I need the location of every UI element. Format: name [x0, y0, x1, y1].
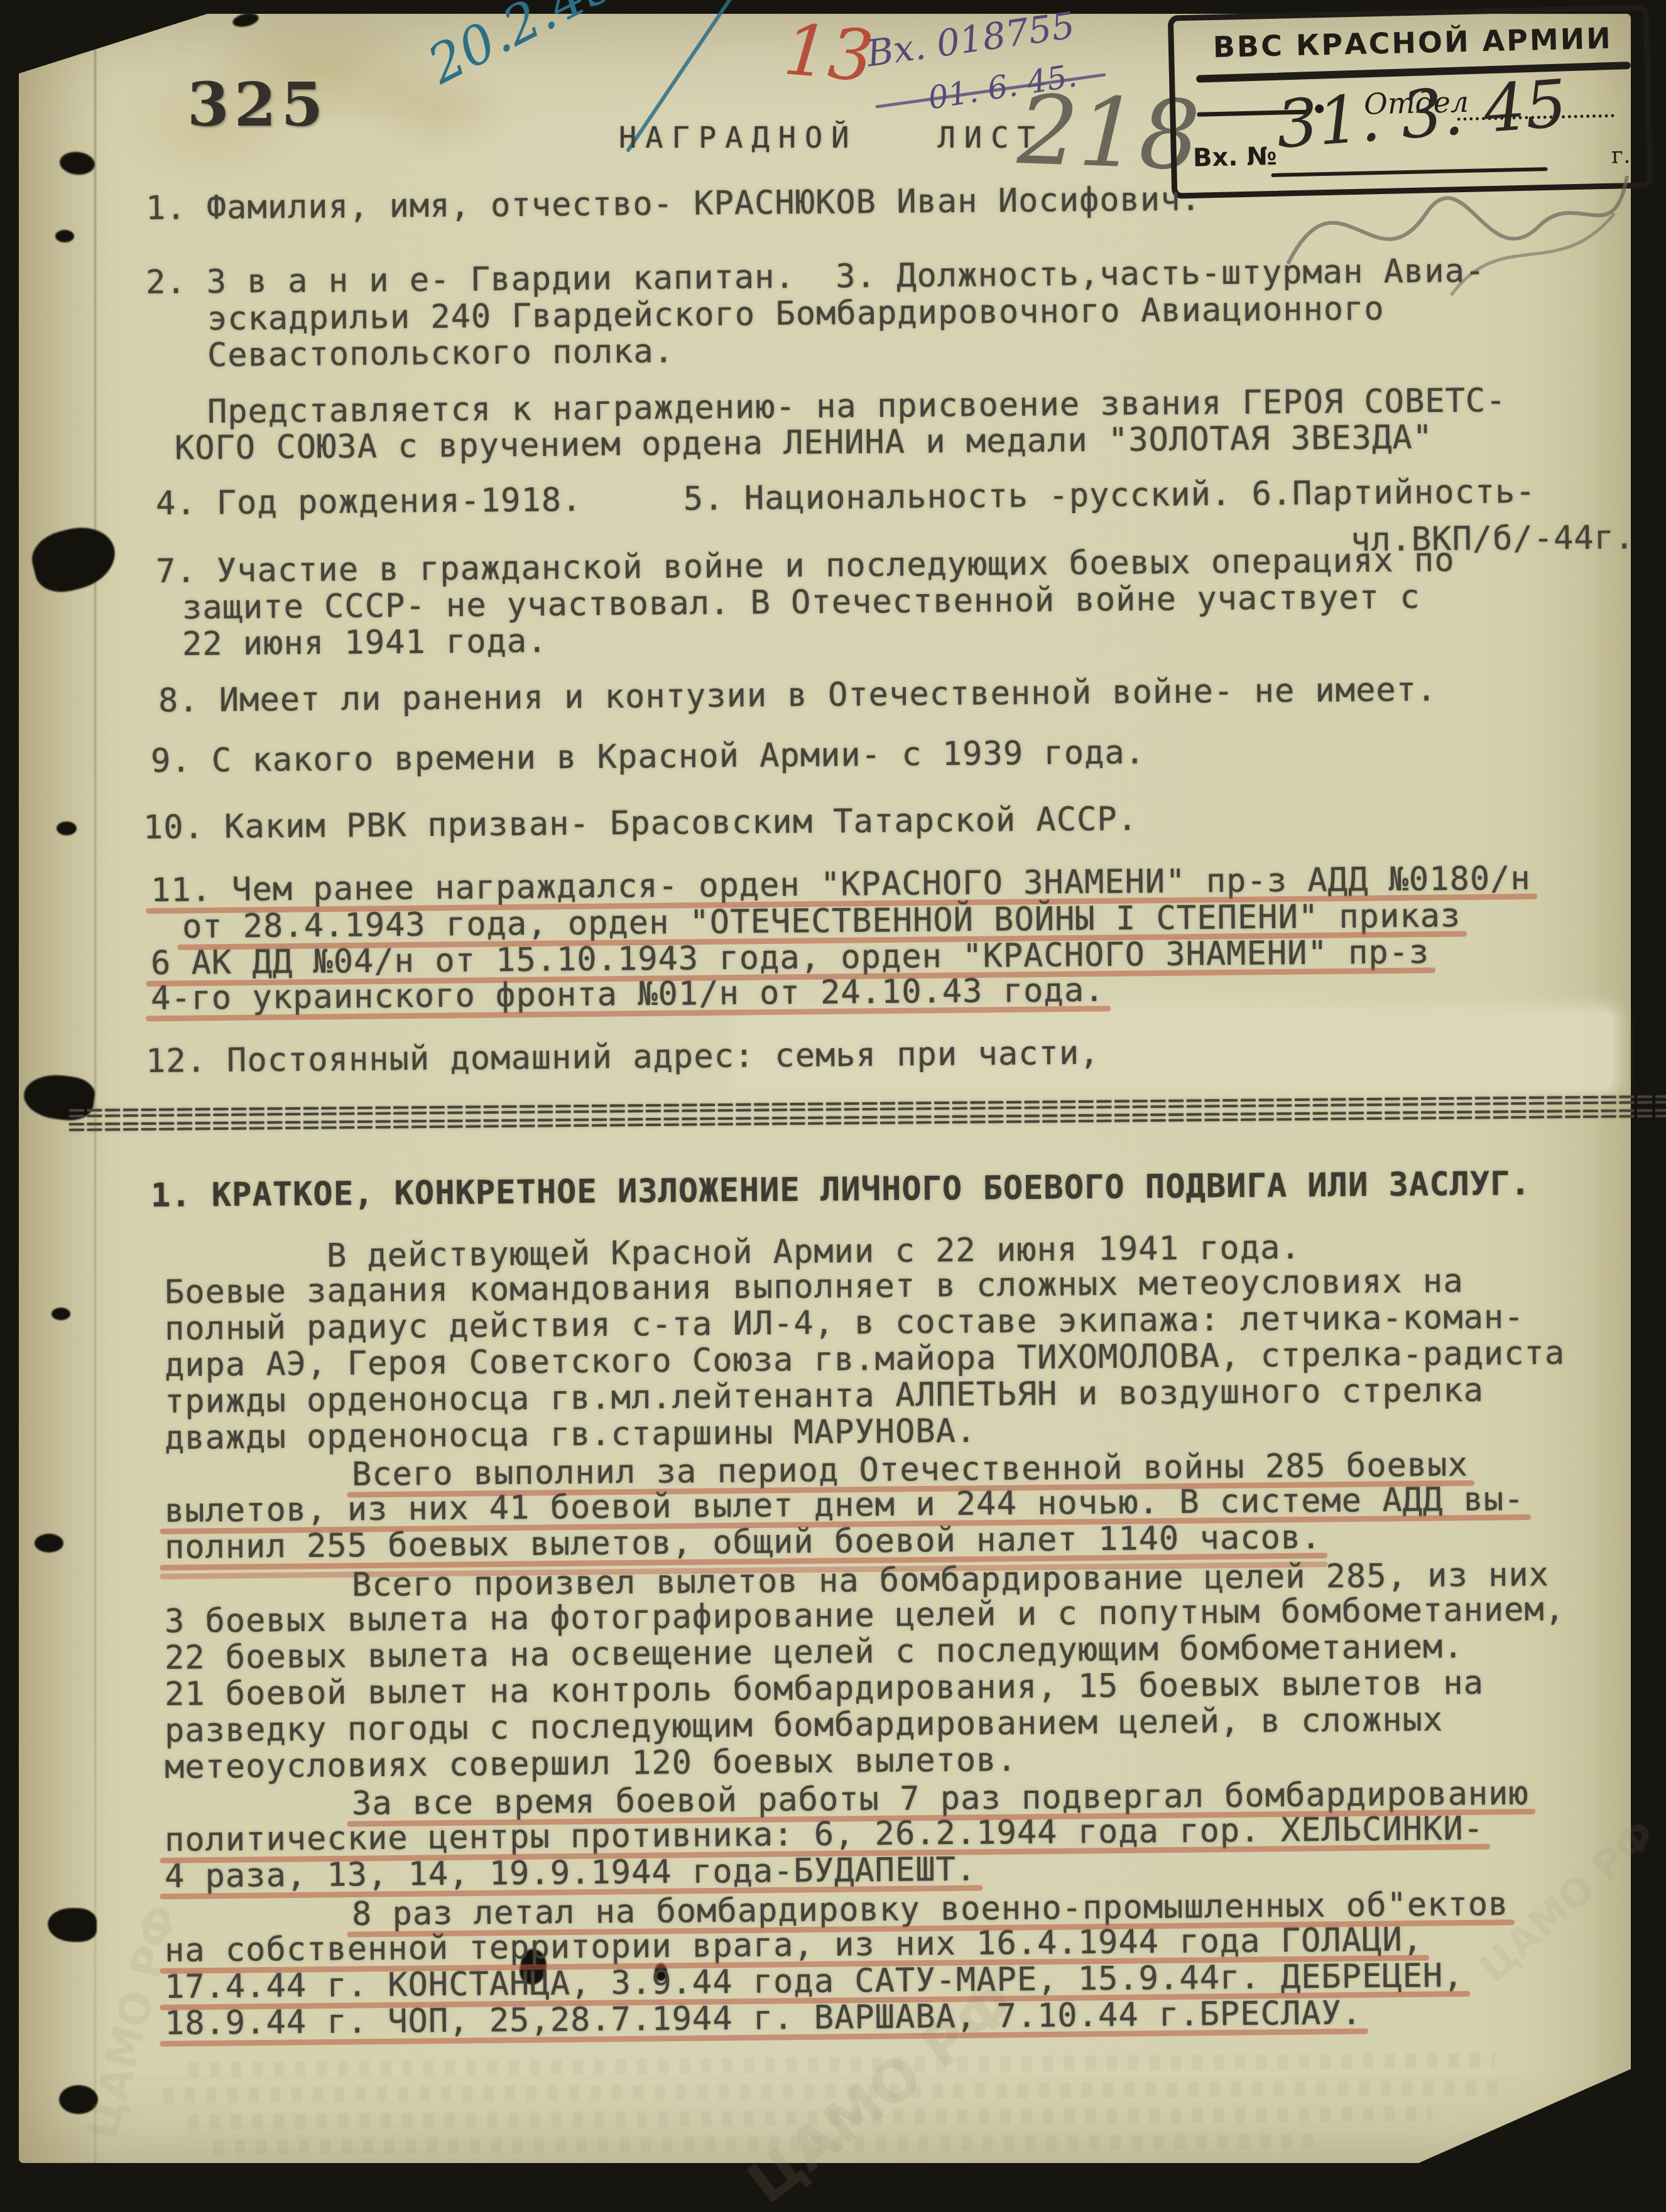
- hole-punch: [26, 519, 121, 598]
- blue-handwritten-date: 20.2.45: [418, 0, 626, 96]
- hole-punch: [52, 1308, 70, 1320]
- page-title: НАГРАДНОЙ ЛИСТ: [619, 121, 1044, 155]
- archive-page-number-stamp: 325: [187, 69, 328, 140]
- stamp-org-name: ВВС КРАСНОЙ АРМИИ: [1212, 21, 1613, 64]
- typed-line: 4. Год рождения-1918. 5. Национальность …: [156, 473, 1536, 523]
- hole-punch: [48, 1908, 97, 1942]
- ghost-text-row: [188, 2053, 1495, 2078]
- hole-punch: [58, 150, 95, 176]
- typed-line: Севастопольского полка.: [207, 333, 675, 374]
- typed-line: 1. КРАТКОЕ, КОНКРЕТНОЕ ИЗЛОЖЕНИЕ ЛИЧНОГО…: [151, 1165, 1531, 1215]
- typed-line: 10. Каким РВК призван- Брасовским Татарс…: [143, 800, 1138, 847]
- typed-line: дважды орденоносца гв.старшины МАРУНОВА.: [165, 1412, 977, 1457]
- typed-line: 22 июня 1941 года.: [182, 622, 548, 663]
- hole-punch: [231, 11, 259, 29]
- typed-line: 1. Фамилия, имя, отчество- КРАСНЮКОВ Ива…: [146, 180, 1201, 227]
- typed-line: 4 раза, 13, 14, 19.9.1944 года-БУДАПЕШТ.: [165, 1851, 977, 1895]
- typed-line: 9. С какого времени в Красной Армии- с 1…: [151, 734, 1145, 780]
- red-crayon-number: 13: [780, 9, 876, 98]
- typed-line: метеоусловиях совершил 120 боевых вылето…: [165, 1741, 1017, 1786]
- document-scan: 325 20.2.45 13 Вх. 018755 01. 6. 45. НАГ…: [0, 0, 1666, 2212]
- hole-punch: [57, 821, 77, 835]
- hole-punch: [35, 1534, 63, 1553]
- typed-line: 4-го украинского фронта №01/н от 24.10.4…: [151, 972, 1105, 1017]
- hole-punch: [55, 230, 74, 242]
- typed-line: 8. Имеет ли ранения и контузии в Отечест…: [158, 671, 1437, 720]
